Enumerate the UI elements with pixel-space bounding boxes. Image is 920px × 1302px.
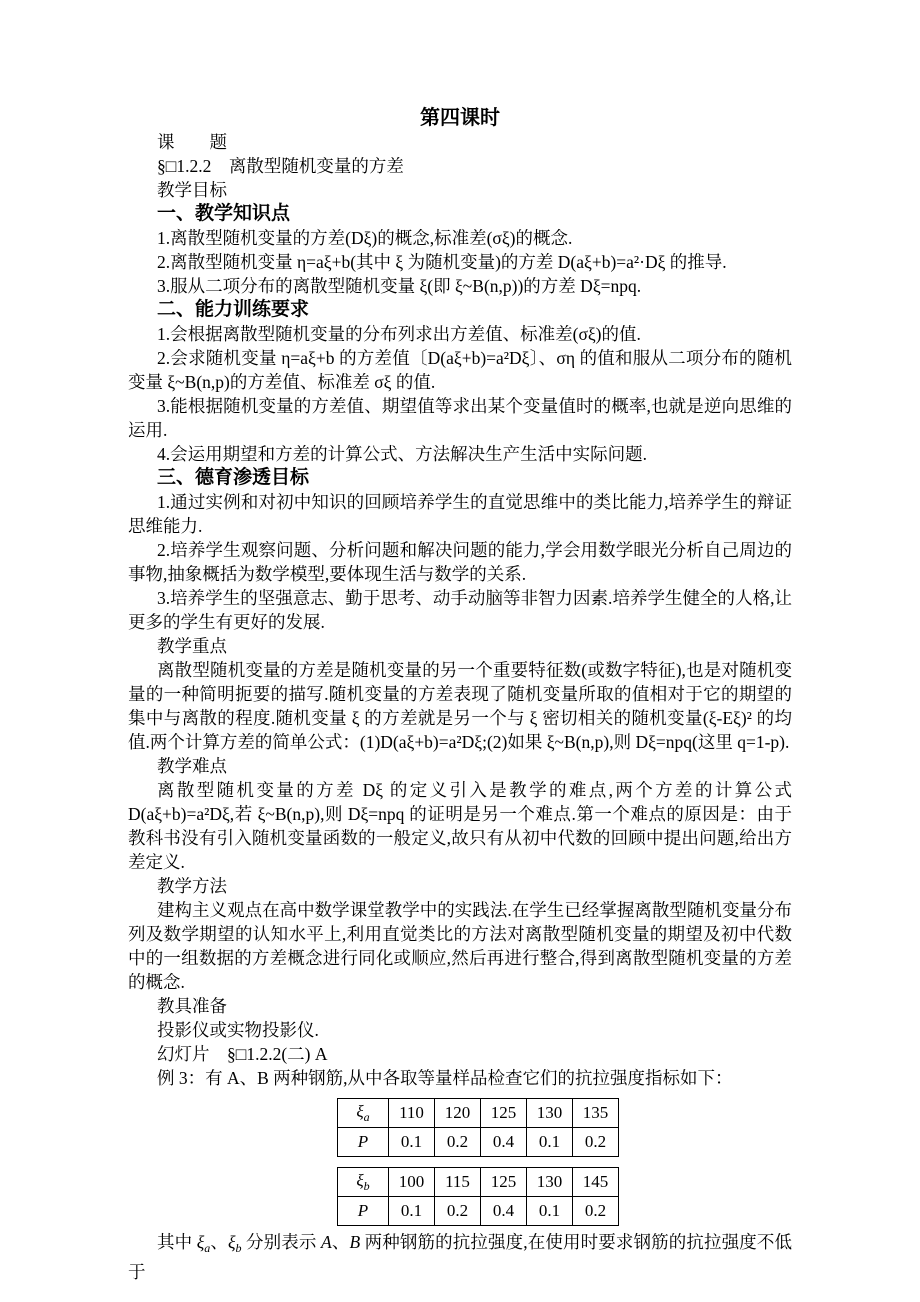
table-row: ξb 100 115 125 130 145 <box>338 1168 619 1197</box>
table-cell: 0.1 <box>389 1197 435 1226</box>
table-cell: 125 <box>481 1168 527 1197</box>
table-cell: 0.2 <box>435 1197 481 1226</box>
ability-requirement-3: 3.能根据随机变量的方差值、期望值等求出某个变量值时的概率,也就是逆向思维的运用… <box>128 394 792 442</box>
table-cell: 120 <box>435 1099 481 1128</box>
knowledge-point-3: 3.服从二项分布的离散型随机变量 ξ(即 ξ~B(n,p))的方差 Dξ=npq… <box>128 274 792 298</box>
page-title: 第四课时 <box>128 106 792 130</box>
distribution-table-b: ξb 100 115 125 130 145 P 0.1 0.2 0.4 0.1… <box>337 1167 619 1226</box>
ability-requirement-4: 4.会运用期望和方差的计算公式、方法解决生产生活中实际问题. <box>128 442 792 466</box>
table-cell-variable-a: ξa <box>338 1099 389 1128</box>
moral-goal-3: 3.培养学生的坚强意志、勤于思考、动手动脑等非智力因素.培养学生健全的人格,让更… <box>128 586 792 634</box>
heading-moral-goals: 三、德育渗透目标 <box>128 466 792 490</box>
moral-goal-1: 1.通过实例和对初中知识的回顾培养学生的直觉思维中的类比能力,培养学生的辩证思维… <box>128 490 792 538</box>
table-cell: 0.1 <box>389 1128 435 1157</box>
moral-goal-2: 2.培养学生观察问题、分析问题和解决问题的能力,学会用数学眼光分析自己周边的事物… <box>128 538 792 586</box>
distribution-table-a: ξa 110 120 125 130 135 P 0.1 0.2 0.4 0.1… <box>337 1098 619 1157</box>
example-3-intro: 例 3：有 A、B 两种钢筋,从中各取等量样品检查它们的抗拉强度指标如下： <box>128 1066 792 1090</box>
heading-ability-requirements: 二、能力训练要求 <box>128 298 792 322</box>
teaching-difficulty-label: 教学难点 <box>128 754 792 778</box>
ability-requirement-1: 1.会根据离散型随机变量的分布列求出方差值、标准差(σξ)的值. <box>128 322 792 346</box>
document-page: 第四课时 课 题 §□1.2.2 离散型随机变量的方差 教学目标 一、教学知识点… <box>0 0 920 1302</box>
teaching-method-label: 教学方法 <box>128 874 792 898</box>
table-cell: 0.1 <box>527 1197 573 1226</box>
table-cell-probability-label: P <box>338 1128 389 1157</box>
slide-label: 幻灯片 §□1.2.2(二) A <box>128 1042 792 1066</box>
table-cell: 130 <box>527 1168 573 1197</box>
course-title-label: 课 题 <box>128 130 792 154</box>
table-cell: 0.4 <box>481 1128 527 1157</box>
table-cell: 0.2 <box>573 1128 619 1157</box>
table-cell: 0.2 <box>573 1197 619 1226</box>
teaching-aids-text: 投影仪或实物投影仪. <box>128 1018 792 1042</box>
teaching-aids-label: 教具准备 <box>128 994 792 1018</box>
teaching-difficulty-text: 离散型随机变量的方差 Dξ 的定义引入是教学的难点,两个方差的计算公式 D(aξ… <box>128 778 792 874</box>
table-cell: 145 <box>573 1168 619 1197</box>
table-row: P 0.1 0.2 0.4 0.1 0.2 <box>338 1128 619 1157</box>
table-cell: 135 <box>573 1099 619 1128</box>
table-cell: 125 <box>481 1099 527 1128</box>
table-row: ξa 110 120 125 130 135 <box>338 1099 619 1128</box>
teaching-objectives-label: 教学目标 <box>128 178 792 202</box>
table-row: P 0.1 0.2 0.4 0.1 0.2 <box>338 1197 619 1226</box>
knowledge-point-2: 2.离散型随机变量 η=aξ+b(其中 ξ 为随机变量)的方差 D(aξ+b)=… <box>128 250 792 274</box>
teaching-focus-label: 教学重点 <box>128 634 792 658</box>
heading-knowledge-points: 一、教学知识点 <box>128 202 792 226</box>
table-cell-probability-label: P <box>338 1197 389 1226</box>
table-cell-variable-b: ξb <box>338 1168 389 1197</box>
table-cell: 115 <box>435 1168 481 1197</box>
table-cell: 0.2 <box>435 1128 481 1157</box>
table-cell: 0.1 <box>527 1128 573 1157</box>
table-cell: 100 <box>389 1168 435 1197</box>
teaching-method-text: 建构主义观点在高中数学课堂教学中的实践法.在学生已经掌握离散型随机变量分布列及数… <box>128 898 792 994</box>
closing-note: 其中 ξa、ξb 分别表示 A、B 两种钢筋的抗拉强度,在使用时要求钢筋的抗拉强… <box>128 1230 792 1284</box>
ability-requirement-2: 2.会求随机变量 η=aξ+b 的方差值〔D(aξ+b)=a²Dξ〕、ση 的值… <box>128 346 792 394</box>
table-cell: 130 <box>527 1099 573 1128</box>
table-cell: 110 <box>389 1099 435 1128</box>
knowledge-point-1: 1.离散型随机变量的方差(Dξ)的概念,标准差(σξ)的概念. <box>128 226 792 250</box>
lesson-section-number: §□1.2.2 离散型随机变量的方差 <box>128 154 792 178</box>
table-cell: 0.4 <box>481 1197 527 1226</box>
teaching-focus-text: 离散型随机变量的方差是随机变量的另一个重要特征数(或数字特征),也是对随机变量的… <box>128 658 792 754</box>
